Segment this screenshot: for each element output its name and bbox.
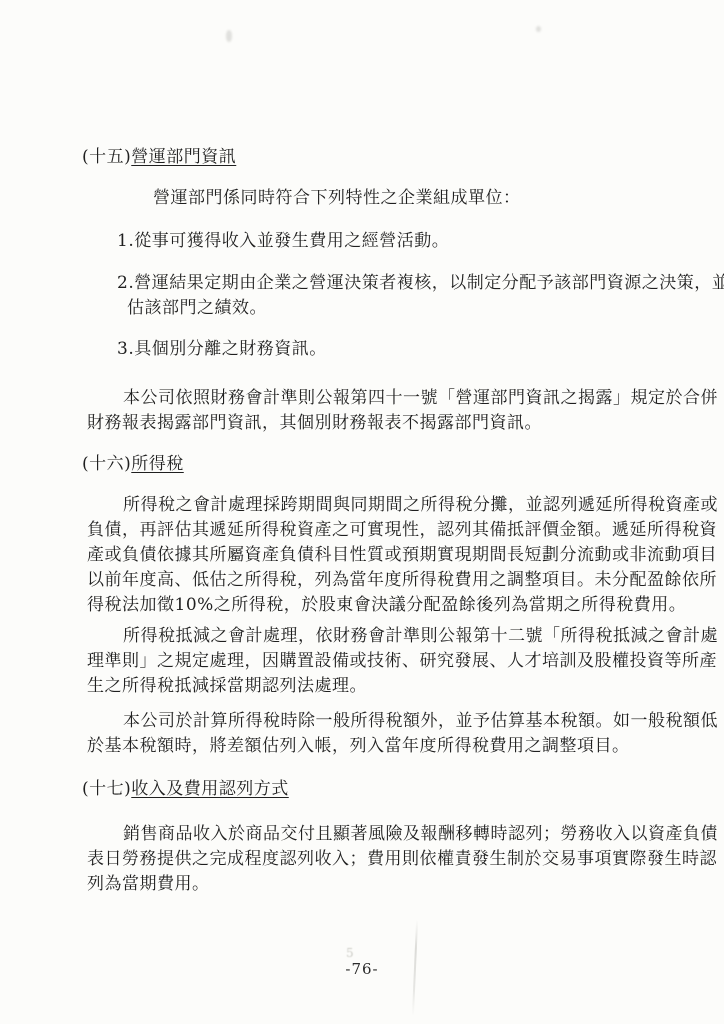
text-line: 理準則」之規定處理，因購置設備或技術、研究發展、人才培訓及股權投資等所產 bbox=[87, 649, 718, 674]
text-line: 估該部門之績效。 bbox=[117, 296, 724, 321]
section-number: (十六) bbox=[82, 454, 131, 474]
scan-speck bbox=[226, 30, 232, 42]
paragraph-income-tax-3: 本公司於計算所得稅時除一般所得稅額外，並予估算基本稅額。如一般稅額低 於基本稅額… bbox=[87, 709, 718, 759]
section-number: (十五) bbox=[82, 147, 131, 167]
paragraph-segment-disclosure: 本公司依照財務會計準則公報第四十一號「營運部門資訊之揭露」規定於合併 財務報表揭… bbox=[87, 386, 718, 436]
section-heading-15: (十五)營運部門資訊 bbox=[82, 146, 236, 169]
text-line: 產或負債依據其所屬資產負債科目性質或預期實現期間長短劃分流動或非流動項目 bbox=[87, 543, 718, 568]
text-line: 2.營運結果定期由企業之營運決策者複核，以制定分配予該部門資源之決策，並評 bbox=[117, 271, 724, 296]
paragraph-segment-intro: 營運部門係同時符合下列特性之企業組成單位： bbox=[153, 186, 521, 211]
text-line: 本公司於計算所得稅時除一般所得稅額外，並予估算基本稅額。如一般稅額低 bbox=[87, 709, 718, 734]
page-number: -76- bbox=[0, 960, 724, 978]
document-page: (十五)營運部門資訊 營運部門係同時符合下列特性之企業組成單位： 1.從事可獲得… bbox=[0, 0, 724, 1024]
text-line: 所得稅抵減之會計處理，依財務會計準則公報第十二號「所得稅抵減之會計處 bbox=[87, 624, 718, 649]
text-line: 負債，再評估其遞延所得稅資產之可實現性，認列其備抵評價金額。遞延所得稅資 bbox=[87, 518, 718, 543]
text-line: 生之所得稅抵減採當期認列法處理。 bbox=[87, 674, 718, 699]
list-item-3: 3.具個別分離之財務資訊。 bbox=[117, 337, 327, 362]
text-line: 1.從事可獲得收入並發生費用之經營活動。 bbox=[117, 229, 449, 254]
section-title: 收入及費用認列方式 bbox=[131, 779, 289, 799]
section-heading-17: (十七)收入及費用認列方式 bbox=[82, 778, 289, 801]
section-title: 營運部門資訊 bbox=[131, 147, 236, 167]
text-line: 於基本稅額時，將差額估列入帳，列入當年度所得稅費用之調整項目。 bbox=[87, 734, 718, 759]
text-line: 營運部門係同時符合下列特性之企業組成單位： bbox=[153, 186, 521, 211]
text-line: 得稅法加徵10%之所得稅，於股東會決議分配盈餘後列為當期之所得稅費用。 bbox=[87, 593, 718, 618]
text-line: 所得稅之會計處理採跨期間與同期間之所得稅分攤，並認列遞延所得稅資產或 bbox=[87, 493, 718, 518]
text-line: 3.具個別分離之財務資訊。 bbox=[117, 337, 327, 362]
section-number: (十七) bbox=[82, 779, 131, 799]
text-line: 以前年度高、低估之所得稅，列為當年度所得稅費用之調整項目。未分配盈餘依所 bbox=[87, 568, 718, 593]
paragraph-income-tax-1: 所得稅之會計處理採跨期間與同期間之所得稅分攤，並認列遞延所得稅資產或 負債，再評… bbox=[87, 493, 718, 618]
paragraph-income-tax-2: 所得稅抵減之會計處理，依財務會計準則公報第十二號「所得稅抵減之會計處 理準則」之… bbox=[87, 624, 718, 699]
text-line: 表日勞務提供之完成程度認列收入；費用則依權責發生制於交易事項實際發生時認 bbox=[87, 847, 718, 872]
scan-smudge: 5 bbox=[346, 946, 354, 960]
section-title: 所得稅 bbox=[131, 454, 184, 474]
paragraph-revenue-recognition: 銷售商品收入於商品交付且顯著風險及報酬移轉時認列；勞務收入以資產負債 表日勞務提… bbox=[87, 822, 718, 897]
list-item-1: 1.從事可獲得收入並發生費用之經營活動。 bbox=[117, 229, 449, 254]
text-line: 本公司依照財務會計準則公報第四十一號「營運部門資訊之揭露」規定於合併 bbox=[87, 386, 718, 411]
list-item-2: 2.營運結果定期由企業之營運決策者複核，以制定分配予該部門資源之決策，並評 估該… bbox=[117, 271, 724, 321]
text-line: 財務報表揭露部門資訊，其個別財務報表不揭露部門資訊。 bbox=[87, 411, 718, 436]
text-line: 列為當期費用。 bbox=[87, 872, 718, 897]
text-line: 銷售商品收入於商品交付且顯著風險及報酬移轉時認列；勞務收入以資產負債 bbox=[87, 822, 718, 847]
scan-speck bbox=[536, 26, 541, 32]
section-heading-16: (十六)所得稅 bbox=[82, 453, 184, 476]
